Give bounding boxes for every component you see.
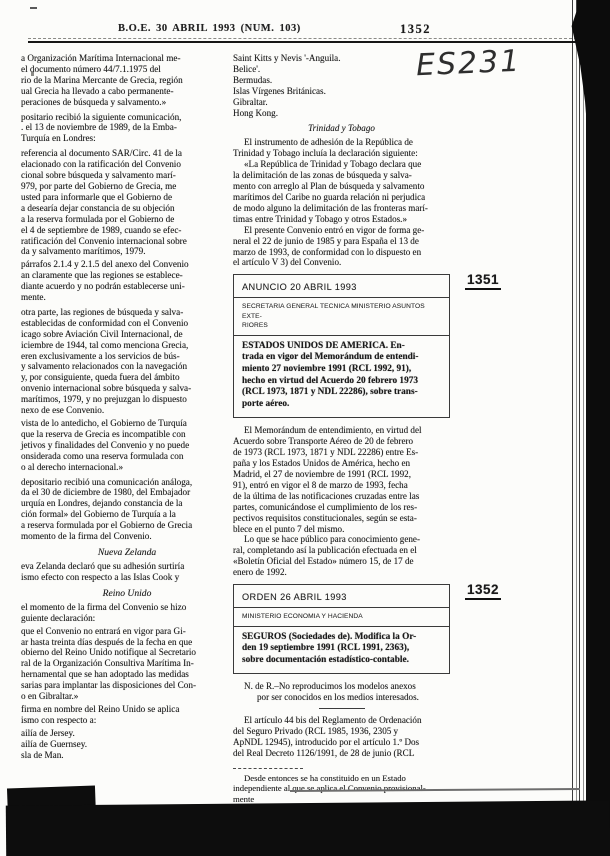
text-line: del Seguro Privado (RCL 1985, 1936, 2305… <box>233 726 450 737</box>
text-line: iciembre de 1944, tal como menciona Grec… <box>21 340 233 351</box>
text-line: o en Gibraltar.» <box>21 691 233 702</box>
text-line: nexo de ese Convenio. <box>21 405 233 416</box>
text-line: referencia al documento SAR/Circ. 41 de … <box>21 148 233 159</box>
text-line: enero de 1992. <box>233 567 450 578</box>
text-line: sla de Man. <box>21 750 233 761</box>
text-line: Gibraltar. <box>233 97 450 108</box>
text-line: icago sobre Aviación Civil Internacional… <box>21 329 233 340</box>
text-line: 979, por parte del Gobierno de Grecia, m… <box>21 181 233 192</box>
text-line: Saint Kitts y Nevis '-Anguila. <box>233 53 450 64</box>
text-line: pectivos requisitos constitucionales, se… <box>233 513 450 524</box>
text-line: usted para informarle que el Gobierno de <box>21 192 233 203</box>
text-line: depositario recibió una comunicación aná… <box>21 477 233 488</box>
scan-edge-band-bottom <box>6 800 610 856</box>
text-line: mento con arreglo al Plan de búsqueda y … <box>233 181 450 192</box>
text-line: Hong Kong. <box>233 108 450 119</box>
text-line: el artículo V 3) del Convenio. <box>233 257 450 268</box>
text-line: neral el 22 de junio de 1985 y para Espa… <box>233 236 450 247</box>
text-line: «Boletín Oficial del Estado» número 15, … <box>233 556 450 567</box>
text-line: cional sobre búsqueda y salvamento marí- <box>21 170 233 181</box>
text-line: vista de lo antedicho, el Gobierno de Tu… <box>21 418 233 429</box>
text-line: de la última de las notificaciones cruza… <box>233 491 450 502</box>
text-line: positario recibió la siguiente comunicac… <box>21 112 233 123</box>
text-line: y salvamento relacionados con la navegac… <box>21 361 233 372</box>
text-line: obierno del Reino Unido notifique al Sec… <box>21 647 233 658</box>
entry-summary: ESTADOS UNIDOS DE AMERICA. En- trada en … <box>242 336 441 411</box>
header-rule-dashed <box>28 38 577 39</box>
text-line: onsiderada como una reserva formulada co… <box>21 451 233 462</box>
text-line: timas entre Trinidad y Tobago y otros Es… <box>233 214 450 225</box>
text-line: Bermudas. <box>233 75 450 86</box>
text-line: Islas Vírgenes Británicas. <box>233 86 450 97</box>
text-line: El Memorándum de entendimiento, en virtu… <box>233 425 450 436</box>
text-line: ratificación del Convenio internacional … <box>21 236 233 247</box>
text-line: otra parte, las regiones de búsqueda y s… <box>21 307 233 318</box>
text-line: guiente declaración: <box>21 613 233 624</box>
text-line: ción formal» del Gobierno de Turquía a l… <box>21 509 233 520</box>
footnote-line: Desde entonces se ha constituido en un E… <box>233 773 450 783</box>
entry-header: ANUNCIO 20 ABRIL 1993 <box>242 280 441 297</box>
text-line: El instrumento de adhesión de la Repúbli… <box>233 137 450 148</box>
text-line: eva Zelanda declaró que su adhesión surt… <box>21 561 233 572</box>
text-line: de 1973 (RCL 1973, 1871 y NDL 22286) ent… <box>233 447 450 458</box>
text-line: ual Grecia ha llevado a cabo permanente- <box>21 86 233 97</box>
text-line: firma en nombre del Reino Unido se aplic… <box>21 704 233 715</box>
text-line: peraciones de búsqueda y salvamento.» <box>21 97 233 108</box>
text-line: párrafos 2.1.4 y 2.1.5 del anexo del Con… <box>21 259 233 270</box>
entry-1352-body: El artículo 44 bis del Reglamento de Ord… <box>233 715 450 759</box>
text-line: y, por consiguiente, queda fuera del ámb… <box>21 372 233 383</box>
text-line: ailía de Jersey. <box>21 728 233 739</box>
text-line: El artículo 44 bis del Reglamento de Ord… <box>233 715 450 726</box>
entry-box-1352: 1352 ORDEN 26 ABRIL 1993 MINISTERIO ECON… <box>233 584 450 674</box>
text-line: ismo con respecto a: <box>21 715 233 726</box>
text-line: Madrid, el 27 de noviembre de 1991 (RCL … <box>233 469 450 480</box>
text-line: . el 13 de noviembre de 1989, de la Emba… <box>21 122 233 133</box>
text-line: que el Convenio no entrará en vigor para… <box>21 626 233 637</box>
text-line: Nueva Zelanda <box>21 546 233 559</box>
header-page-number: 1352 <box>400 22 431 37</box>
text-line: a la reserva formulada por el Gobierno d… <box>21 214 233 225</box>
entry-1351-body: El Memorándum de entendimiento, en virtu… <box>233 425 450 578</box>
entry-box-1351: 1351 ANUNCIO 20 ABRIL 1993 SECRETARIA GE… <box>233 274 450 418</box>
scan-edge-streaks <box>570 0 587 856</box>
text-line: urquía en Londres, dejando constancia de… <box>21 498 233 509</box>
text-line: Turquía en Londres: <box>21 133 233 144</box>
text-line: ailía de Guernsey. <box>21 739 233 750</box>
text-line: Trinidad y Tobago <box>233 122 450 135</box>
text-line: por ser conocidos en los medios interesa… <box>233 692 450 703</box>
text-line: mente. <box>21 292 233 303</box>
page-header-title: B.O.E. 30 ABRIL 1993 (NUM. 103) <box>118 23 301 34</box>
text-line: ApNDL 12945), introducido por el artícul… <box>233 737 450 748</box>
text-line: eren exclusivamente a los servicios de b… <box>21 351 233 362</box>
text-line: ral de la Organización Consultiva Maríti… <box>21 658 233 669</box>
text-line: momento de la firma del Convenio. <box>21 531 233 542</box>
text-line: da el 30 de diciembre de 1980, del Embaj… <box>21 487 233 498</box>
text-line: jetivos y finalidades del Convenio y no … <box>21 440 233 451</box>
right-column-top-text: Saint Kitts y Nevis '-Anguila.Belice'.Be… <box>233 53 450 268</box>
text-line: «La República de Trinidad y Tobago decla… <box>233 159 450 170</box>
text-line: que la reserva de Grecia es incompatible… <box>21 429 233 440</box>
margin-number-1351: 1351 <box>465 272 501 290</box>
divider-rule <box>319 708 365 709</box>
header-rule <box>28 41 577 43</box>
text-line: Belice'. <box>233 64 450 75</box>
text-line: a reserva formulada por el Gobierno de G… <box>21 520 233 531</box>
text-line: del Real Decreto 1126/1991, de 28 de jun… <box>233 748 450 759</box>
entry-summary: SEGUROS (Sociedades de). Modifica la Or-… <box>242 627 441 667</box>
text-line: rio de la Marina Mercante de Grecia, reg… <box>21 75 233 86</box>
text-line: N. de R.–No reproducimos los modelos ane… <box>233 681 450 692</box>
text-line: sarias para implantar las disposiciones … <box>21 680 233 691</box>
text-line: marítimos, 1979, y no prejuzgan lo dispu… <box>21 394 233 405</box>
text-line: an claramente que las regiones se establ… <box>21 270 233 281</box>
text-line: partes, comunicándose el cumplimiento de… <box>233 502 450 513</box>
text-line: establecidas de conformidad con el Conve… <box>21 318 233 329</box>
text-line: Reino Unido <box>21 587 233 600</box>
text-line: Acuerdo sobre Transporte Aéreo de 20 de … <box>233 436 450 447</box>
text-line: el documento número 44/7.1.1975 del <box>21 64 233 75</box>
text-line: el momento de la firma del Convenio se h… <box>21 602 233 613</box>
scan-mark <box>30 7 37 9</box>
footnote-rule <box>233 768 303 769</box>
text-line: onvenio internacional sobre búsqueda y s… <box>21 383 233 394</box>
margin-number-1352: 1352 <box>465 582 501 600</box>
editor-note: N. de R.–No reproducimos los modelos ane… <box>233 681 450 703</box>
entry-department: SECRETARIA GENERAL TECNICA MINISTERIO AS… <box>242 298 441 335</box>
left-column: a Organización Marítima Internacional me… <box>21 53 233 760</box>
text-line: El presente Convenio entró en vigor de f… <box>233 225 450 236</box>
right-column: Saint Kitts y Nevis '-Anguila.Belice'.Be… <box>233 53 450 824</box>
text-line: diante acuerdo y no podrán establecerse … <box>21 281 233 292</box>
text-line: Trinidad y Tobago incluía la declaración… <box>233 148 450 159</box>
text-line: da y salvamento marítimos, 1979. <box>21 246 233 257</box>
text-line: la delimitación de las zonas de búsqueda… <box>233 170 450 181</box>
text-line: o al derecho internacional.» <box>21 462 233 473</box>
text-line: ral, completando así la publicación efec… <box>233 545 450 556</box>
text-line: ismo efecto con respecto a las Islas Coo… <box>21 572 233 583</box>
text-line: Lo que se hace público para conocimiento… <box>233 534 450 545</box>
text-line: a Organización Marítima Internacional me… <box>21 53 233 64</box>
text-line: paña y los Estados Unidos de América, he… <box>233 458 450 469</box>
entry-header: ORDEN 26 ABRIL 1993 <box>242 590 441 607</box>
text-line: blece en el punto 7 del mismo. <box>233 524 450 535</box>
text-line: elacionado con la ratificación del Conve… <box>21 159 233 170</box>
text-line: 91), entró en vigor el 8 de marzo de 199… <box>233 480 450 491</box>
text-line: el 4 de septiembre de 1989, cuando se ef… <box>21 225 233 236</box>
text-line: a desearía dejar constancia de su objeci… <box>21 203 233 214</box>
text-line: ar hasta treinta días después de la fech… <box>21 637 233 648</box>
scanned-gazette-page: B.O.E. 30 ABRIL 1993 (NUM. 103) 1352 ES2… <box>0 0 610 856</box>
text-line: marítimos del Caribe no guarda relación … <box>233 192 450 203</box>
text-line: marzo de 1993, de conformidad con lo dis… <box>233 247 450 258</box>
text-line: de modo alguno la delimitación de las fr… <box>233 203 450 214</box>
entry-department: MINISTERIO ECONOMIA Y HACIENDA <box>242 608 441 626</box>
text-line: hernamental que se han adoptado las medi… <box>21 669 233 680</box>
